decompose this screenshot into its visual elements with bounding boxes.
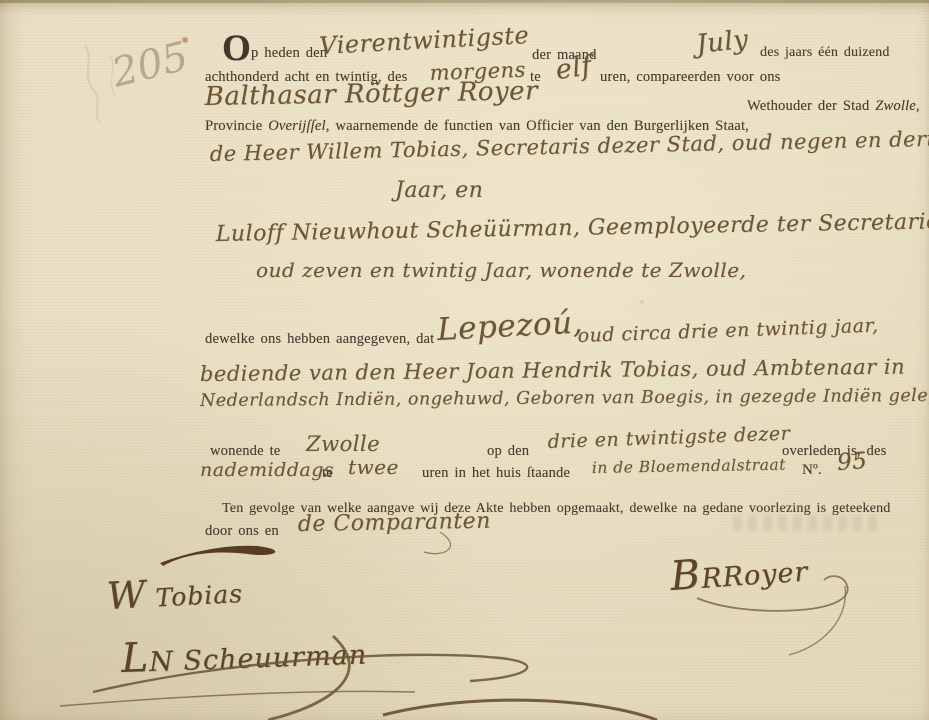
royer-flourish-tail xyxy=(789,586,845,655)
signature-tobias: W Tobias xyxy=(106,567,244,618)
printed-op-den: op den xyxy=(487,443,529,460)
handwritten-declarant2: Luloff Nieuwhout Scheüürman, Geemployeer… xyxy=(216,209,929,247)
printed-des-jaars: des jaars één duizend xyxy=(760,45,890,61)
handwritten-origin-line: Nederlandsch Indiën, ongehuwd, Geboren v… xyxy=(200,386,929,411)
printed-uren-compareerden: uren, compareerden voor ons xyxy=(600,69,781,86)
signature-royer: BRRoyer xyxy=(669,543,810,600)
wethouder-text: Wethouder der Stad xyxy=(747,98,869,114)
printed-te-2: te xyxy=(322,465,333,482)
printed-overleden-is: overleden is, des xyxy=(782,443,886,460)
handwritten-death-day: drie en twintigste dezer xyxy=(547,423,790,453)
handwritten-declarant2-age: oud zeven en twintig Jaar, wonende te Zw… xyxy=(256,258,746,282)
signature-scheurman: LN Scheuurman xyxy=(120,625,367,682)
printed-op-heden-den: p heden den xyxy=(251,45,327,62)
provincie-text: Provincie xyxy=(205,118,262,134)
tobias-ink-stroke xyxy=(160,546,275,566)
printed-dewelke: dewelke ons hebben aangegeven, dat xyxy=(205,331,434,348)
pencil-scribble xyxy=(85,45,100,122)
handwritten-hour-elf: elf xyxy=(554,50,594,86)
printed-uren-huis: uren in het huis ſtaande xyxy=(422,465,570,482)
bottom-swash xyxy=(383,700,657,720)
printed-door-ons-en: door ons en xyxy=(205,523,279,540)
city-zwolle-italic: Zwolle, xyxy=(875,98,920,114)
handwritten-nademiddags: nademiddags xyxy=(200,459,334,481)
handwritten-de-comparanten: de Comparanten xyxy=(298,509,491,537)
handwritten-death-hour: twee xyxy=(348,455,399,479)
scheurman-cross-stroke-2 xyxy=(60,691,415,706)
handwritten-month: July xyxy=(695,25,750,60)
handwritten-jaar-en: Jaar, en xyxy=(395,178,483,203)
printed-wonende-te: wonende te xyxy=(210,443,280,460)
handwritten-deceased-age: oud circa drie en twintig jaar, xyxy=(577,315,879,347)
handwritten-day: Vierentwintigste xyxy=(319,21,530,60)
printed-wethouder: Wethouder der Stad Zwolle, xyxy=(747,98,920,115)
handwritten-official-name: Balthasar Röttger Royer xyxy=(204,76,538,112)
dropcap-O: O xyxy=(222,30,251,67)
handwritten-deceased-name: Lepezoú, xyxy=(436,304,584,348)
pencil-act-number: 205 xyxy=(108,33,193,96)
comparanten-flourish xyxy=(424,532,451,554)
overijssel-italic: Overijſſel, xyxy=(268,118,329,134)
printed-number-label: Nº. xyxy=(802,462,822,479)
handwritten-occupation-line: bediende van den Heer Joan Hendrik Tobia… xyxy=(200,355,905,386)
ink-bleedthrough-smudge xyxy=(733,514,883,531)
handwritten-residence-city: Zwolle xyxy=(306,432,380,456)
death-certificate-page: 205 O p heden den Vierentwintigste der m… xyxy=(0,0,929,720)
handwritten-house-number: 95 xyxy=(836,448,868,476)
handwritten-street: in de Bloemendalstraat xyxy=(592,456,786,477)
